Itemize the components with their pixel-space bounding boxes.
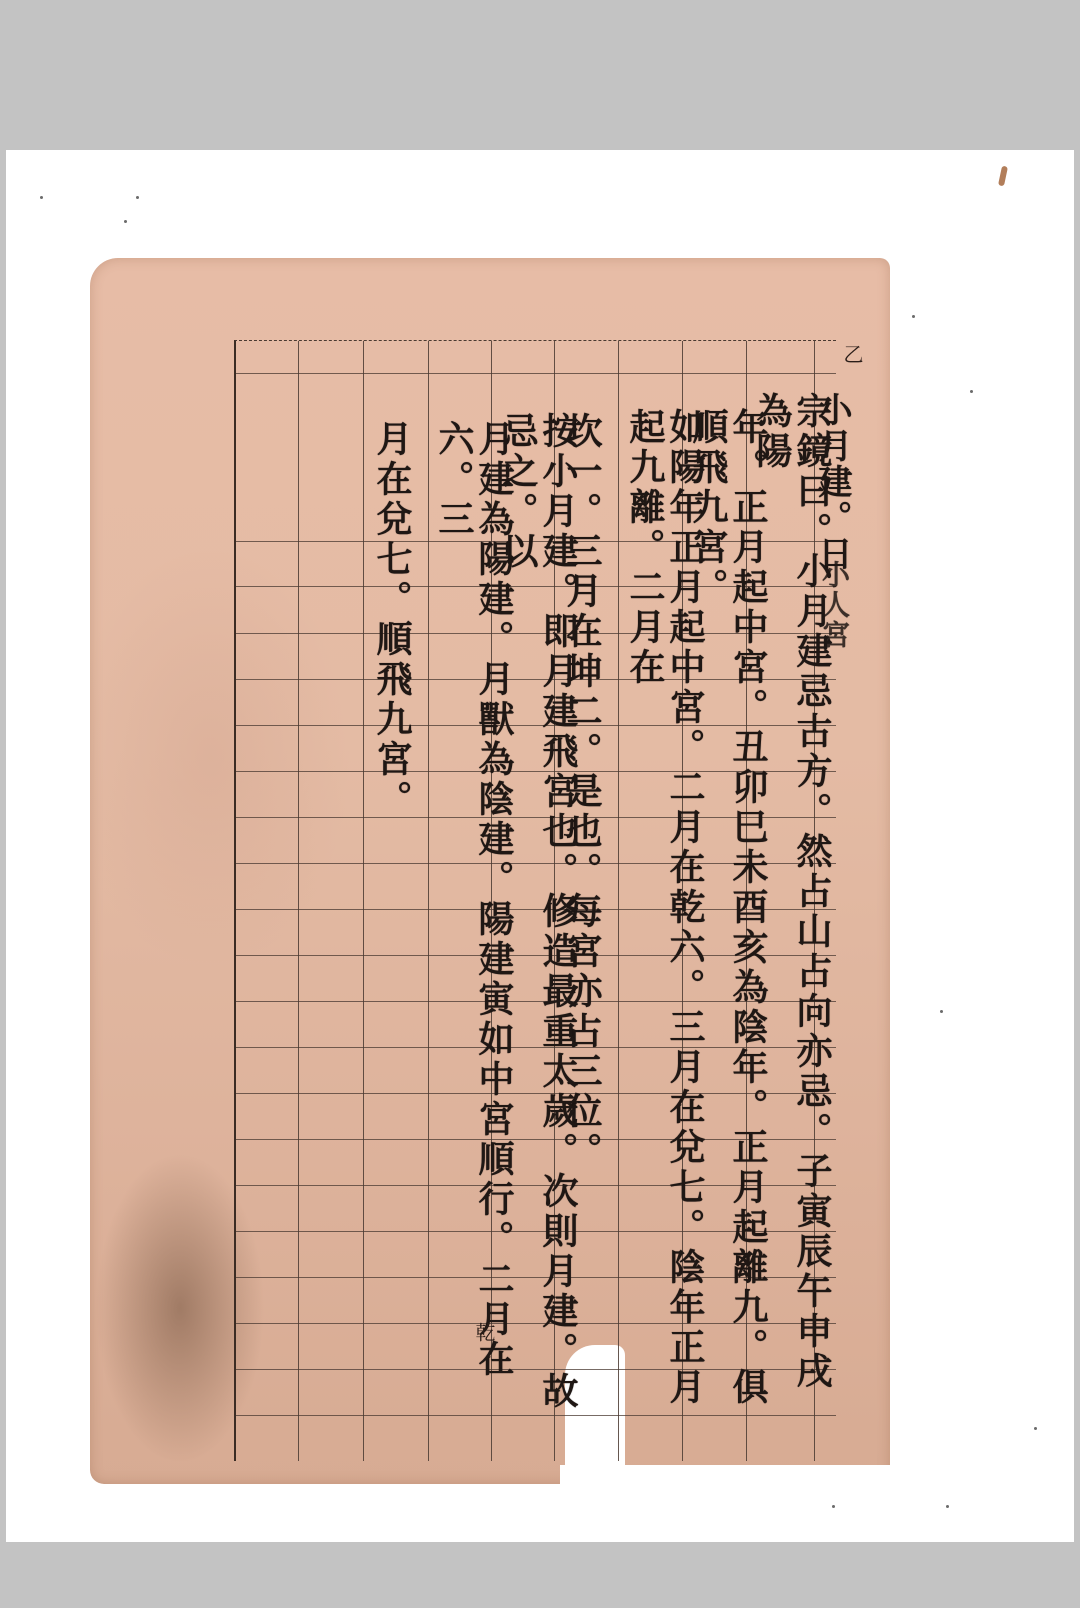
grid-line — [618, 341, 619, 1461]
dust-speck — [124, 220, 127, 223]
dust-speck — [1034, 1427, 1037, 1430]
corner-mark: 乙 — [838, 344, 867, 364]
dust-speck — [912, 315, 915, 318]
text-column-7: 月在兌七。順飛九宮。 — [372, 420, 412, 820]
grid-line — [363, 341, 364, 1461]
grid-line — [428, 341, 429, 1461]
paper-tear — [560, 1465, 900, 1505]
dust-speck — [832, 1505, 835, 1508]
dust-speck — [946, 1505, 949, 1508]
dust-speck — [136, 196, 139, 199]
dust-speck — [940, 1010, 943, 1013]
grid-line — [236, 373, 836, 374]
dust-speck — [40, 196, 43, 199]
dust-speck — [970, 390, 973, 393]
interlinear-annotation: 乾 — [470, 1322, 499, 1342]
grid-line — [298, 341, 299, 1461]
text-column-6: 月建為陽建。月獸為陰建。陽建寅如中宮順行。二月在六。三 — [434, 420, 514, 1440]
text-column-3: 如陽年正月起中宮。二月在乾六。三月在兌七。陰年正月起九離。二月在 — [625, 408, 705, 1428]
